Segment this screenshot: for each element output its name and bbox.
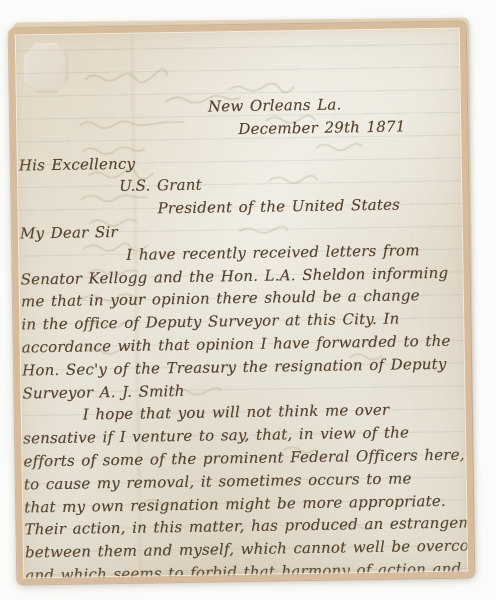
embossed-stationery-seal <box>24 43 69 94</box>
scanned-letter-photo: New Orleans La.December 29th 1871His Exc… <box>0 0 496 600</box>
letter-paper: New Orleans La.December 29th 1871His Exc… <box>9 21 475 584</box>
letter-body: New Orleans La.December 29th 1871His Exc… <box>16 92 469 585</box>
